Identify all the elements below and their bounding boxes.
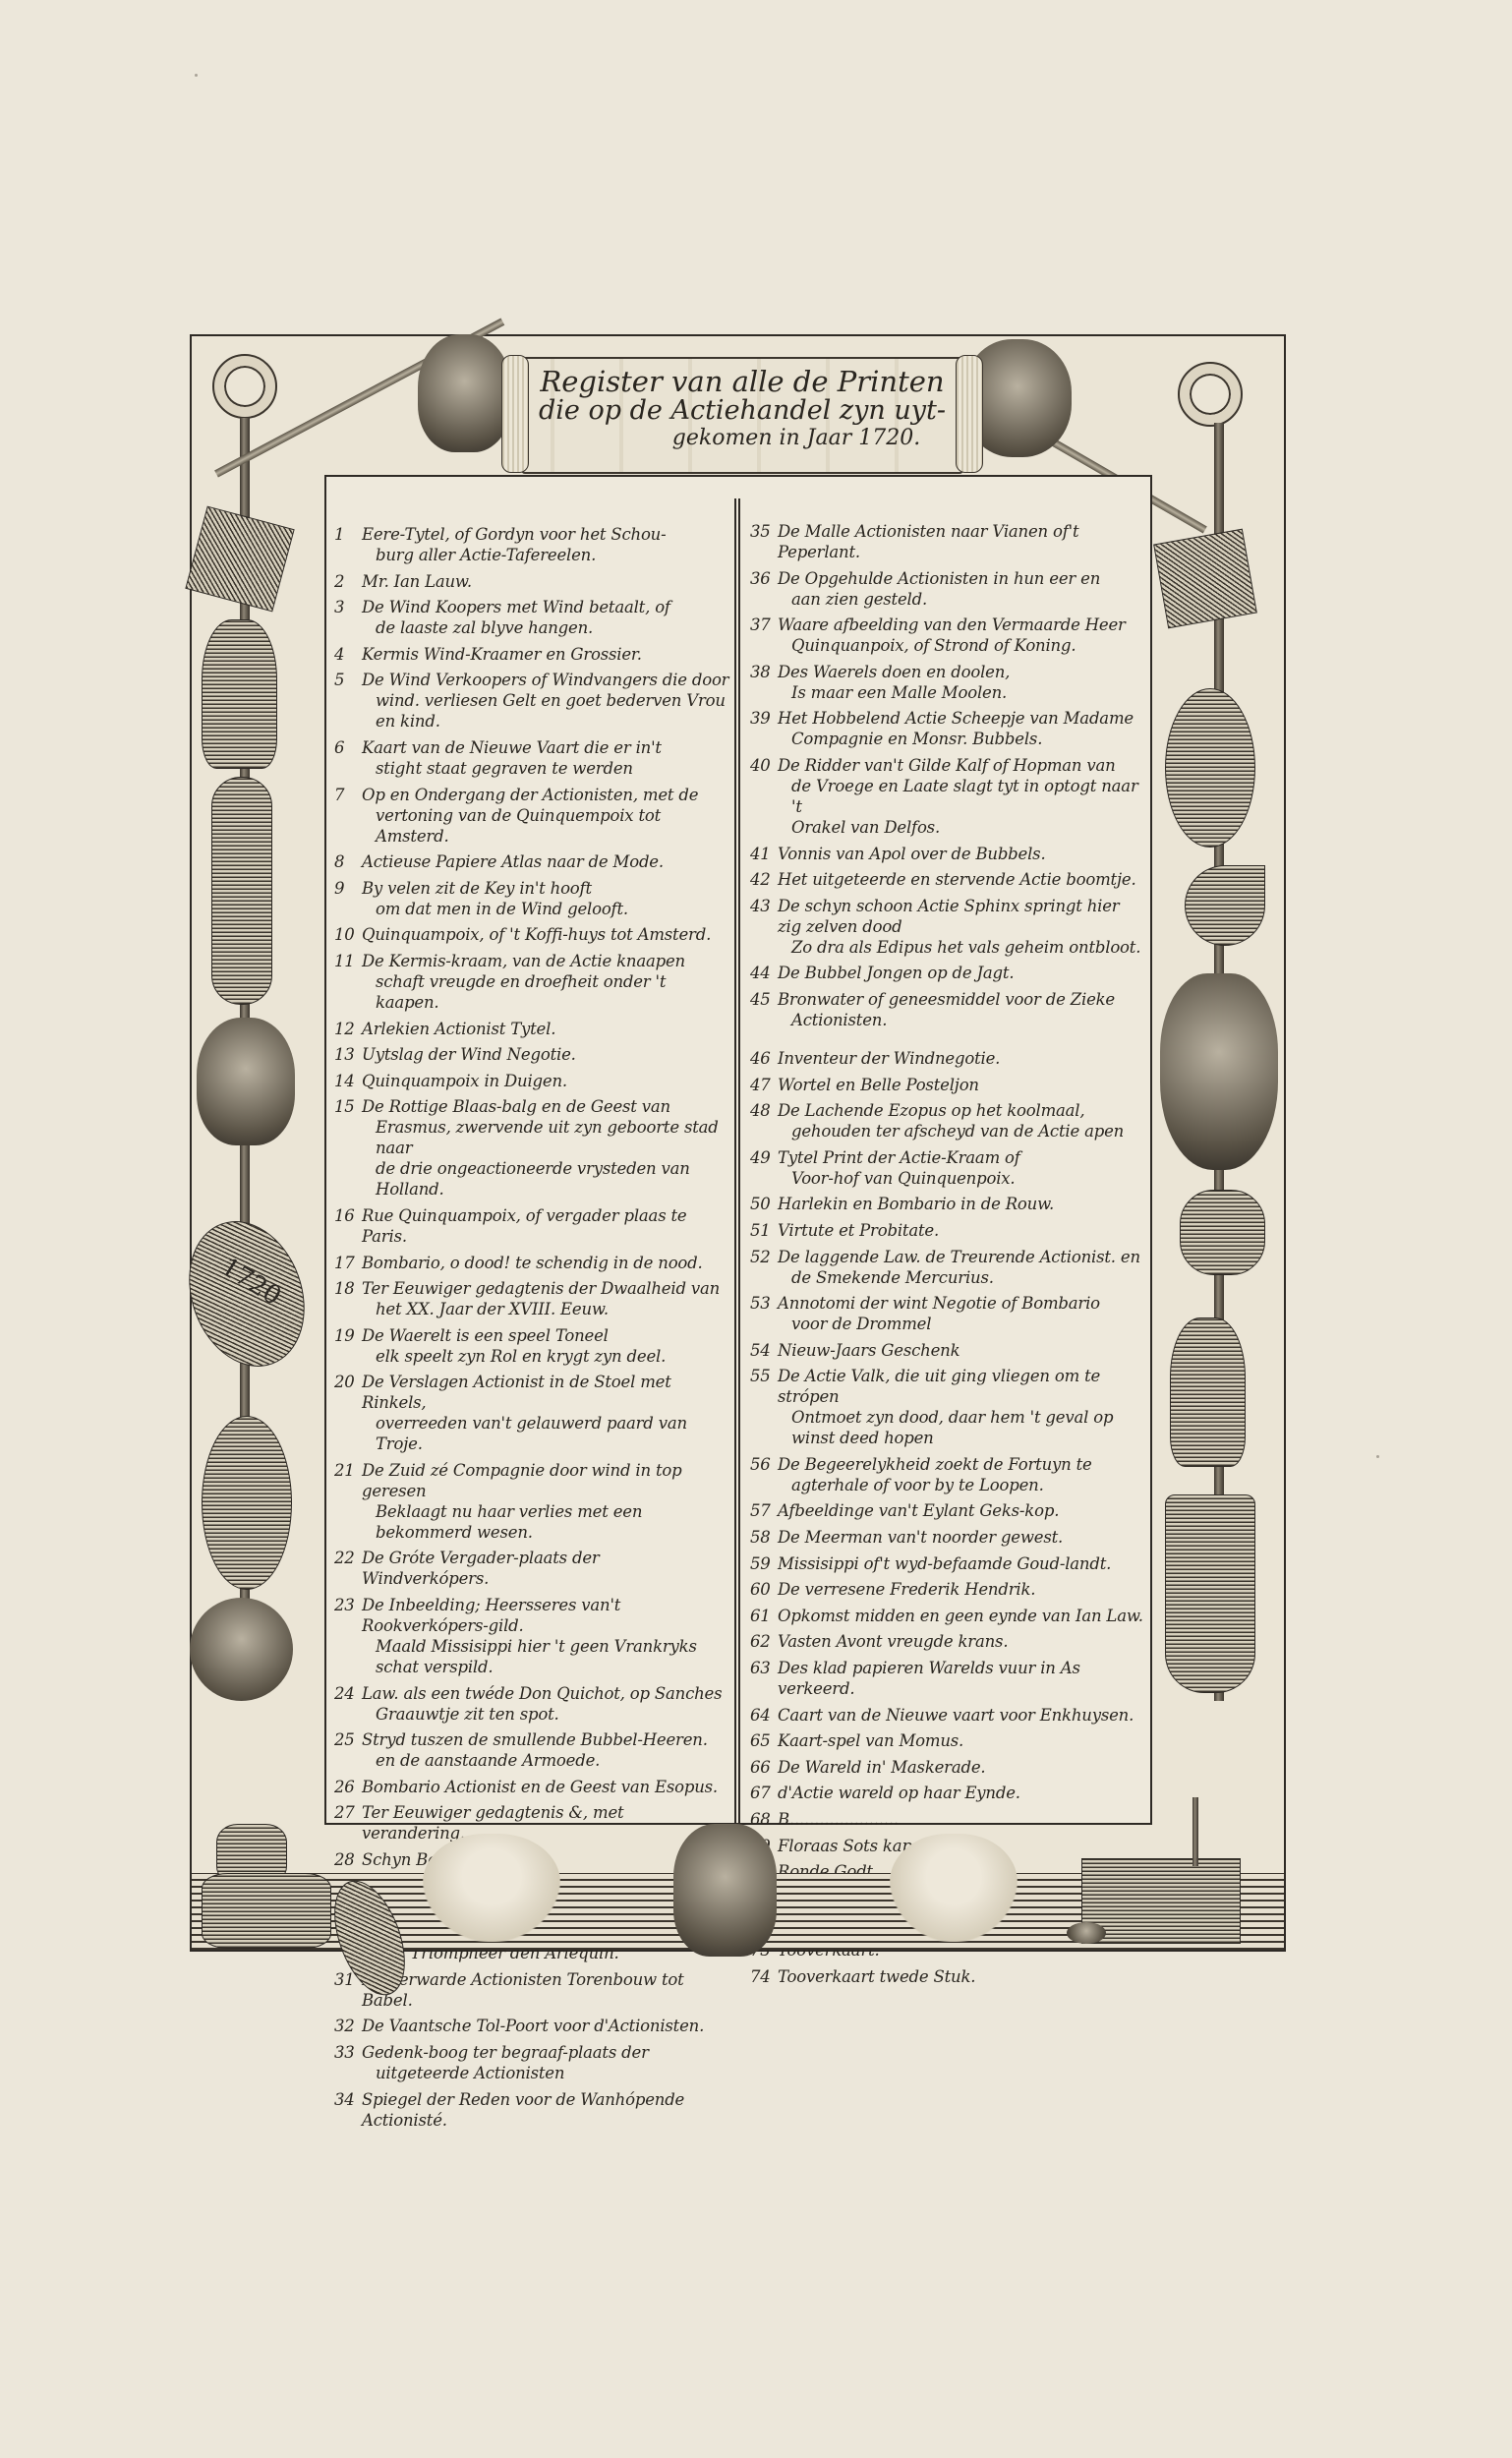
register-entry: 7Op en Ondergang der Actionisten, met de… xyxy=(334,785,734,847)
entry-number: 32 xyxy=(334,2016,362,2036)
entry-text: Opkomst midden en geen eynde van Ian Law… xyxy=(778,1606,1150,1626)
register-entry: 63Des klad papieren Warelds vuur in As v… xyxy=(750,1658,1150,1699)
entry-line-1: Het uitgeteerde en stervende Actie boomt… xyxy=(778,870,1136,889)
entry-line-1: De schyn schoon Actie Sphinx springt hie… xyxy=(778,897,1119,936)
entry-line-1: Bronwater of geneesmiddel voor de Zieke xyxy=(778,990,1115,1009)
entry-text: Stryd tuszen de smullende Bubbel-Heeren.… xyxy=(362,1729,734,1771)
entry-text: Op en Ondergang der Actionisten, met dev… xyxy=(362,785,734,847)
title-line-3: gekomen in Jaar 1720. xyxy=(521,426,963,451)
register-entry: 20De Verslagen Actionist in de Stoel met… xyxy=(334,1372,734,1454)
entry-line-1: Uytslag der Wind Negotie. xyxy=(362,1045,576,1064)
entry-text: Spiegel der Reden voor de Wanhópende Act… xyxy=(362,2089,734,2131)
entry-line-1: De Waerelt is een speel Toneel xyxy=(362,1326,609,1345)
entry-number: 67 xyxy=(750,1783,778,1803)
entry-text: De Wind Verkoopers of Windvangers die do… xyxy=(362,670,734,732)
entry-line-1: Afbeeldinge van't Eylant Geks-kop. xyxy=(778,1501,1059,1520)
entry-number: 7 xyxy=(334,785,362,847)
entry-text: Gedenk-boog ter begraaf-plaats deruitget… xyxy=(362,2042,734,2083)
entry-text: Bronwater of geneesmiddel voor de ZiekeA… xyxy=(778,989,1150,1030)
register-entry: 3De Wind Koopers met Wind betaalt, ofde … xyxy=(334,597,734,638)
entry-number: 34 xyxy=(334,2089,362,2131)
entry-number: 2 xyxy=(334,571,362,592)
register-entry: 42Het uitgeteerde en stervende Actie boo… xyxy=(750,869,1150,890)
entry-text: Uytslag der Wind Negotie. xyxy=(362,1044,734,1065)
entry-number: 60 xyxy=(750,1579,778,1600)
entry-text: Bombario, o dood! te schendig in de nood… xyxy=(362,1253,734,1273)
entry-number: 59 xyxy=(750,1553,778,1574)
entry-number: 74 xyxy=(750,1966,778,1987)
entry-line-1: Arlekien Actionist Tytel. xyxy=(362,1020,555,1038)
entry-text: Eere-Tytel, of Gordyn voor het Schou-bur… xyxy=(362,524,734,565)
entry-text: Arlekien Actionist Tytel. xyxy=(362,1019,734,1039)
register-panel: 1Eere-Tytel, of Gordyn voor het Schou-bu… xyxy=(324,475,1152,1825)
entry-number: 28 xyxy=(334,1849,362,1870)
entry-line-1: Missisippi of't wyd-befaamde Goud-landt. xyxy=(778,1554,1111,1573)
entry-number: 46 xyxy=(750,1048,778,1069)
entry-text: B...................... xyxy=(778,1809,1150,1830)
entry-number: 58 xyxy=(750,1527,778,1548)
register-entry: 11De Kermis-kraam, van de Actie knaapens… xyxy=(334,951,734,1013)
entry-line-1: Quinquampoix, of 't Koffi-huys tot Amste… xyxy=(362,925,711,944)
register-entry: 10Quinquampoix, of 't Koffi-huys tot Ams… xyxy=(334,924,734,945)
entry-line-1: De Opgehulde Actionisten in hun eer en xyxy=(778,569,1100,588)
entry-number: 19 xyxy=(334,1325,362,1367)
register-entry: 23De Inbeelding; Heersseres van't Rookve… xyxy=(334,1595,734,1677)
entry-line-1: Eere-Tytel, of Gordyn voor het Schou- xyxy=(362,525,666,544)
entry-number: 24 xyxy=(334,1683,362,1725)
register-entry: 5De Wind Verkoopers of Windvangers die d… xyxy=(334,670,734,732)
register-entry: 2Mr. Ian Lauw. xyxy=(334,571,734,592)
entry-line-1: De Wind Verkoopers of Windvangers die do… xyxy=(362,671,728,689)
entry-line-2: elk speelt zyn Rol en krygt zyn deel. xyxy=(362,1346,730,1367)
entry-line-2: agterhale of voor by te Loopen. xyxy=(778,1475,1146,1495)
entry-line-1: Kaart-spel van Momus. xyxy=(778,1731,963,1750)
entry-line-1: De Bubbel Jongen op de Jagt. xyxy=(778,964,1014,982)
entry-number: 21 xyxy=(334,1460,362,1543)
register-entry: 27Ter Eeuwiger gedagtenis &, met verande… xyxy=(334,1802,734,1843)
entry-line-2: stight staat gegraven te werden xyxy=(362,758,730,779)
entry-text: Nieuw-Jaars Geschenk xyxy=(778,1340,1150,1361)
blowing-head-icon xyxy=(673,1824,777,1957)
entry-number: 17 xyxy=(334,1253,362,1273)
register-entry: 15De Rottige Blaas-balg en de Geest vanE… xyxy=(334,1096,734,1200)
entry-line-1: De Wareld in' Maskerade. xyxy=(778,1758,985,1777)
register-entry: 54Nieuw-Jaars Geschenk xyxy=(750,1340,1150,1361)
register-entry: 58De Meerman van't noorder gewest. xyxy=(750,1527,1150,1548)
register-left-column: 1Eere-Tytel, of Gordyn voor het Schou-bu… xyxy=(326,477,734,1823)
entry-line-1: Kermis Wind-Kraamer en Grossier. xyxy=(362,645,642,664)
register-entry: 65Kaart-spel van Momus. xyxy=(750,1730,1150,1751)
entry-number: 64 xyxy=(750,1705,778,1726)
entry-line-2: Graauwtje zit ten spot. xyxy=(362,1704,730,1725)
entry-text: De Begeerelykheid zoekt de Fortuyn teagt… xyxy=(778,1454,1150,1495)
entry-number: 22 xyxy=(334,1548,362,1589)
entry-line-2: wind. verliesen Gelt en goet bederven Vr… xyxy=(362,690,730,732)
entry-number: 65 xyxy=(750,1730,778,1751)
register-entry: 21De Zuid zé Compagnie door wind in top … xyxy=(334,1460,734,1543)
entry-line-1: De Verslagen Actionist in de Stoel met R… xyxy=(362,1373,671,1412)
entry-number: 5 xyxy=(334,670,362,732)
entry-line-1: Law. als een twéde Don Quichot, op Sanch… xyxy=(362,1684,722,1703)
register-entry: 18Ter Eeuwiger gedagtenis der Dwaalheid … xyxy=(334,1278,734,1319)
gourd-icon xyxy=(1165,688,1255,848)
entry-number: 3 xyxy=(334,597,362,638)
register-entry: 56De Begeerelykheid zoekt de Fortuyn tea… xyxy=(750,1454,1150,1495)
entry-number: 48 xyxy=(750,1100,778,1141)
entry-line-2: vertoning van de Quinquempoix tot Amster… xyxy=(362,805,730,847)
entry-text: De Verwarde Actionisten Torenbouw tot Ba… xyxy=(362,1969,734,2011)
entry-line-1: Tytel Print der Actie-Kraam of xyxy=(778,1148,1020,1167)
register-entry: 62Vasten Avont vreugde krans. xyxy=(750,1631,1150,1652)
register-entry: 68B...................... xyxy=(750,1809,1150,1830)
entry-text: De Gróte Vergader-plaats der Windverkópe… xyxy=(362,1548,734,1589)
entry-text: d'Actie wareld op haar Eynde. xyxy=(778,1783,1150,1803)
entry-line-2: schaft vreugde en droefheit onder 't kaa… xyxy=(362,971,730,1013)
entry-line-1: Tooverkaart twede Stuk. xyxy=(778,1967,975,1986)
entry-text: Harlekin en Bombario in de Rouw. xyxy=(778,1194,1150,1214)
entry-line-1: De Actie Valk, die uit ging vliegen om t… xyxy=(778,1367,1100,1406)
entry-text: Inventeur der Windnegotie. xyxy=(778,1048,1150,1069)
entry-line-2: Beklaagt nu haar verlies met een bekomme… xyxy=(362,1501,730,1543)
entry-number: 36 xyxy=(750,568,778,610)
register-entry: 38Des Waerels doen en doolen,Is maar een… xyxy=(750,662,1150,703)
entry-text: De Opgehulde Actionisten in hun eer enaa… xyxy=(778,568,1150,610)
entry-text: De Malle Actionisten naar Vianen of't Pe… xyxy=(778,521,1150,562)
owl-icon xyxy=(418,334,511,452)
entry-line-2: Ontmoet zyn dood, daar hem 't geval op w… xyxy=(778,1407,1146,1448)
entry-number: 42 xyxy=(750,869,778,890)
entry-number: 45 xyxy=(750,989,778,1030)
register-entry: 1Eere-Tytel, of Gordyn voor het Schou-bu… xyxy=(334,524,734,565)
entry-line-1: De Malle Actionisten naar Vianen of't Pe… xyxy=(778,522,1078,561)
register-entry: 36De Opgehulde Actionisten in hun eer en… xyxy=(750,568,1150,610)
entry-text: Waare afbeelding van den Vermaarde HeerQ… xyxy=(778,614,1150,656)
entry-text: Law. als een twéde Don Quichot, op Sanch… xyxy=(362,1683,734,1725)
entry-number: 44 xyxy=(750,963,778,983)
entry-line-1: Bombario, o dood! te schendig in de nood… xyxy=(362,1254,703,1272)
rat-icon xyxy=(1067,1922,1106,1944)
register-entry: 60De verresene Frederik Hendrik. xyxy=(750,1579,1150,1600)
entry-number: 39 xyxy=(750,708,778,749)
entry-text: Des Waerels doen en doolen,Is maar een M… xyxy=(778,662,1150,703)
title-line-2: die op de Actiehandel zyn uyt- xyxy=(521,396,963,426)
entry-line-1: De Meerman van't noorder gewest. xyxy=(778,1528,1063,1547)
entry-number: 57 xyxy=(750,1500,778,1521)
register-entry: 19De Waerelt is een speel Toneelelk spee… xyxy=(334,1325,734,1367)
smoke-cloud-icon xyxy=(423,1834,560,1942)
register-entry: 25Stryd tuszen de smullende Bubbel-Heere… xyxy=(334,1729,734,1771)
entry-line-1: Virtute et Probitate. xyxy=(778,1221,939,1240)
entry-number: 68 xyxy=(750,1809,778,1830)
entry-line-1: Waare afbeelding van den Vermaarde Heer xyxy=(778,615,1126,634)
entry-number: 52 xyxy=(750,1247,778,1288)
entry-text: De Actie Valk, die uit ging vliegen om t… xyxy=(778,1366,1150,1448)
entry-line-2: uitgeteerde Actionisten xyxy=(362,2063,730,2083)
entry-number: 53 xyxy=(750,1293,778,1334)
entry-number: 15 xyxy=(334,1096,362,1200)
entry-text: De Ridder van't Gilde Kalf of Hopman van… xyxy=(778,755,1150,838)
entry-line-1: De Zuid zé Compagnie door wind in top ge… xyxy=(362,1461,681,1500)
entry-text: De schyn schoon Actie Sphinx springt hie… xyxy=(778,896,1150,958)
register-entry: 34Spiegel der Reden voor de Wanhópende A… xyxy=(334,2089,734,2131)
register-entry: 59Missisippi of't wyd-befaamde Goud-land… xyxy=(750,1553,1150,1574)
entry-line-1: De Kermis-kraam, van de Actie knaapen xyxy=(362,952,685,970)
entry-line-3: Orakel van Delfos. xyxy=(778,817,1146,838)
entry-line-1: Wortel en Belle Posteljon xyxy=(778,1076,979,1094)
register-entry: 9By velen zit de Key in't hooftom dat me… xyxy=(334,878,734,919)
register-entry: 50Harlekin en Bombario in de Rouw. xyxy=(750,1194,1150,1214)
entry-text: Tooverkaart twede Stuk. xyxy=(778,1966,1150,1987)
entry-number: 61 xyxy=(750,1606,778,1626)
entry-line-1: Spiegel der Reden voor de Wanhópende Act… xyxy=(362,2090,684,2130)
entry-line-1: Ter Eeuwiger gedagtenis der Dwaalheid va… xyxy=(362,1279,720,1298)
carrots-icon xyxy=(1165,1494,1255,1693)
entry-text: De Rottige Blaas-balg en de Geest vanEra… xyxy=(362,1096,734,1200)
right-ring-icon xyxy=(1180,364,1241,425)
entry-text: Ter Eeuwiger gedagtenis &, met veranderi… xyxy=(362,1802,734,1843)
register-entry: 46Inventeur der Windnegotie. xyxy=(750,1048,1150,1069)
entry-line-1: De Vaantsche Tol-Poort voor d'Actioniste… xyxy=(362,2017,704,2035)
entry-line-2: om dat men in de Wind gelooft. xyxy=(362,899,730,919)
cheese-stack-icon xyxy=(202,1873,331,1949)
entry-text: De Inbeelding; Heersseres van't Rookverk… xyxy=(362,1595,734,1677)
entry-line-2: Quinquanpoix, of Strond of Koning. xyxy=(778,635,1146,656)
entry-line-1: Bombario Actionist en de Geest van Esopu… xyxy=(362,1778,718,1796)
entry-line-1: Op en Ondergang der Actionisten, met de xyxy=(362,786,698,804)
register-entry: 61Opkomst midden en geen eynde van Ian L… xyxy=(750,1606,1150,1626)
entry-number: 12 xyxy=(334,1019,362,1039)
entry-text: Rue Quinquampoix, of vergader plaas te P… xyxy=(362,1205,734,1247)
entry-text: De Wareld in' Maskerade. xyxy=(778,1757,1150,1778)
entry-number: 43 xyxy=(750,896,778,958)
register-entry: 43De schyn schoon Actie Sphinx springt h… xyxy=(750,896,1150,958)
entry-number: 37 xyxy=(750,614,778,656)
register-entry: 41Vonnis van Apol over de Bubbels. xyxy=(750,844,1150,864)
register-entry: 16Rue Quinquampoix, of vergader plaas te… xyxy=(334,1205,734,1247)
entry-number: 47 xyxy=(750,1075,778,1095)
register-entry: 74Tooverkaart twede Stuk. xyxy=(750,1966,1150,1987)
register-entry: 39Het Hobbelend Actie Scheepje van Madam… xyxy=(750,708,1150,749)
entry-number: 20 xyxy=(334,1372,362,1454)
entry-line-3: de drie ongeactioneerde vrysteden van Ho… xyxy=(362,1158,730,1200)
title-scroll: Register van alle de Printen die op de A… xyxy=(521,357,963,474)
entry-number: 11 xyxy=(334,951,362,1013)
smoke-cloud-icon xyxy=(890,1834,1018,1942)
entry-text: Actieuse Papiere Atlas naar de Mode. xyxy=(362,851,734,872)
entry-number: 9 xyxy=(334,878,362,919)
entry-number: 13 xyxy=(334,1044,362,1065)
entry-text: By velen zit de Key in't hooftom dat men… xyxy=(362,878,734,919)
entry-number: 51 xyxy=(750,1220,778,1241)
entry-text: Vasten Avont vreugde krans. xyxy=(778,1631,1150,1652)
entry-line-2: burg aller Actie-Tafereelen. xyxy=(362,545,730,565)
entry-text: De Kermis-kraam, van de Actie knaapensch… xyxy=(362,951,734,1013)
entry-number: 8 xyxy=(334,851,362,872)
entry-line-1: De laggende Law. de Treurende Actionist.… xyxy=(778,1248,1140,1266)
register-entry: 37Waare afbeelding van den Vermaarde Hee… xyxy=(750,614,1150,656)
entry-line-1: Het Hobbelend Actie Scheepje van Madame xyxy=(778,709,1134,728)
register-entry: 48De Lachende Ezopus op het koolmaal,geh… xyxy=(750,1100,1150,1141)
entry-number: 25 xyxy=(334,1729,362,1771)
register-entry: 40De Ridder van't Gilde Kalf of Hopman v… xyxy=(750,755,1150,838)
entry-text: Missisippi of't wyd-befaamde Goud-landt. xyxy=(778,1553,1150,1574)
entry-line-1: Vonnis van Apol over de Bubbels. xyxy=(778,845,1046,863)
entry-text: Annotomi der wint Negotie of Bombariovoo… xyxy=(778,1293,1150,1334)
entry-line-1: Floraas Sots kap. xyxy=(778,1837,917,1855)
bellows-icon xyxy=(202,619,277,769)
register-entry: 52De laggende Law. de Treurende Actionis… xyxy=(750,1247,1150,1288)
entry-text: Bombario Actionist en de Geest van Esopu… xyxy=(362,1777,734,1797)
entry-line-2: Compagnie en Monsr. Bubbels. xyxy=(778,729,1146,749)
title-block: Register van alle de Printen die op de A… xyxy=(521,359,963,472)
entry-line-1: De Wind Koopers met Wind betaalt, of xyxy=(362,598,670,616)
register-entry: 22De Gróte Vergader-plaats der Windverkó… xyxy=(334,1548,734,1589)
entry-line-1: Des Waerels doen en doolen, xyxy=(778,663,1010,681)
horn-icon xyxy=(1185,865,1265,946)
cabbage-icon xyxy=(190,1598,293,1701)
register-entry: 32De Vaantsche Tol-Poort voor d'Actionis… xyxy=(334,2016,734,2036)
entry-text: De Meerman van't noorder gewest. xyxy=(778,1527,1150,1548)
entry-number: 33 xyxy=(334,2042,362,2083)
register-entry: 47Wortel en Belle Posteljon xyxy=(750,1075,1150,1095)
entry-line-2: aan zien gesteld. xyxy=(778,589,1146,610)
entry-text: De Lachende Ezopus op het koolmaal,gehou… xyxy=(778,1100,1150,1141)
entry-line-1: Vasten Avont vreugde krans. xyxy=(778,1632,1008,1651)
entry-text: Kermis Wind-Kraamer en Grossier. xyxy=(362,644,734,665)
entry-text: De Bubbel Jongen op de Jagt. xyxy=(778,963,1150,983)
paper-speck xyxy=(1376,1455,1379,1458)
entry-number: 63 xyxy=(750,1658,778,1699)
register-entry: 6Kaart van de Nieuwe Vaart die er in'tst… xyxy=(334,737,734,779)
entry-text: De Wind Koopers met Wind betaalt, ofde l… xyxy=(362,597,734,638)
entry-text: Vonnis van Apol over de Bubbels. xyxy=(778,844,1150,864)
entry-number: 38 xyxy=(750,662,778,703)
entry-line-2: de laaste zal blyve hangen. xyxy=(362,617,730,638)
entry-text: Kaart van de Nieuwe Vaart die er in'tsti… xyxy=(362,737,734,779)
entry-line-2: Maald Missisippi hier 't geen Vrankryks … xyxy=(362,1636,730,1677)
entry-line-1: De verresene Frederik Hendrik. xyxy=(778,1580,1035,1599)
entry-number: 6 xyxy=(334,737,362,779)
rat-trap-frame xyxy=(1192,1797,1198,1866)
entry-line-2: Voor-hof van Quinquenpoix. xyxy=(778,1168,1146,1189)
entry-line-2: Actionisten. xyxy=(778,1010,1146,1030)
entry-line-2: het XX. Jaar der XVIII. Eeuw. xyxy=(362,1299,730,1319)
entry-line-1: Actieuse Papiere Atlas naar de Mode. xyxy=(362,852,664,871)
entry-number: 56 xyxy=(750,1454,778,1495)
entry-line-2: Is maar een Malle Moolen. xyxy=(778,682,1146,703)
entry-line-1: Caart van de Nieuwe vaart voor Enkhuysen… xyxy=(778,1706,1134,1725)
register-entry: 49Tytel Print der Actie-Kraam ofVoor-hof… xyxy=(750,1147,1150,1189)
entry-line-2: Zo dra als Edipus het vals geheim ontblo… xyxy=(778,937,1146,958)
entry-line-1: Kaart van de Nieuwe Vaart die er in't xyxy=(362,738,662,757)
entry-line-2: Erasmus, zwervende uit zyn geboorte stad… xyxy=(362,1117,730,1158)
entry-number: 10 xyxy=(334,924,362,945)
entry-text: Des klad papieren Warelds vuur in As ver… xyxy=(778,1658,1150,1699)
entry-number: 40 xyxy=(750,755,778,838)
entry-number: 27 xyxy=(334,1802,362,1843)
entry-line-1: B...................... xyxy=(778,1810,899,1829)
entry-number: 14 xyxy=(334,1071,362,1091)
register-entry: 13Uytslag der Wind Negotie. xyxy=(334,1044,734,1065)
entry-text: Tytel Print der Actie-Kraam ofVoor-hof v… xyxy=(778,1147,1150,1189)
entry-number: 26 xyxy=(334,1777,362,1797)
entry-line-1: De Inbeelding; Heersseres van't Rookverk… xyxy=(362,1596,620,1635)
entry-number: 55 xyxy=(750,1366,778,1448)
entry-line-1: Nieuw-Jaars Geschenk xyxy=(778,1341,960,1360)
entry-line-1: Des klad papieren Warelds vuur in As ver… xyxy=(778,1659,1080,1698)
entry-number: 1 xyxy=(334,524,362,565)
entry-text: De laggende Law. de Treurende Actionist.… xyxy=(778,1247,1150,1288)
entry-line-1: De Ridder van't Gilde Kalf of Hopman van xyxy=(778,756,1116,775)
register-entry: 26Bombario Actionist en de Geest van Eso… xyxy=(334,1777,734,1797)
share-box-icon xyxy=(1153,529,1257,629)
boar-head-icon xyxy=(1160,973,1278,1170)
hanging-fish-icon xyxy=(211,777,272,1005)
register-entry: 17Bombario, o dood! te schendig in de no… xyxy=(334,1253,734,1273)
entry-line-1: De Verwarde Actionisten Torenbouw tot Ba… xyxy=(362,1970,684,2010)
entry-number: 4 xyxy=(334,644,362,665)
entry-text: Quinquampoix, of 't Koffi-huys tot Amste… xyxy=(362,924,734,945)
entry-line-1: De Lachende Ezopus op het koolmaal, xyxy=(778,1101,1084,1120)
entry-line-1: Opkomst midden en geen eynde van Ian Law… xyxy=(778,1607,1143,1625)
register-entry: 14Quinquampoix in Duigen. xyxy=(334,1071,734,1091)
entry-text: De Waerelt is een speel Toneelelk speelt… xyxy=(362,1325,734,1367)
entry-text: Ter Eeuwiger gedagtenis der Dwaalheid va… xyxy=(362,1278,734,1319)
left-ring-icon xyxy=(214,356,275,417)
entry-line-2: gehouden ter afscheyd van de Actie apen xyxy=(778,1121,1146,1141)
entry-line-1: d'Actie wareld op haar Eynde. xyxy=(778,1784,1020,1802)
entry-text: Quinquampoix in Duigen. xyxy=(362,1071,734,1091)
entry-number: 66 xyxy=(750,1757,778,1778)
register-entry: 12Arlekien Actionist Tytel. xyxy=(334,1019,734,1039)
entry-line-2: voor de Drommel xyxy=(778,1314,1146,1334)
register-entry: 67d'Actie wareld op haar Eynde. xyxy=(750,1783,1150,1803)
entry-text: Het Hobbelend Actie Scheepje van MadameC… xyxy=(778,708,1150,749)
entry-number: 23 xyxy=(334,1595,362,1677)
entry-line-1: Gedenk-boog ter begraaf-plaats der xyxy=(362,2043,649,2062)
entry-line-2: de Smekende Mercurius. xyxy=(778,1267,1146,1288)
entry-text: Virtute et Probitate. xyxy=(778,1220,1150,1241)
entry-number: 49 xyxy=(750,1147,778,1189)
entry-line-2: de Vroege en Laate slagt tyt in optogt n… xyxy=(778,776,1146,817)
entry-number: 35 xyxy=(750,521,778,562)
entry-number: 62 xyxy=(750,1631,778,1652)
entry-number: 50 xyxy=(750,1194,778,1214)
entry-line-1: By velen zit de Key in't hooft xyxy=(362,879,592,898)
entry-number: 16 xyxy=(334,1205,362,1247)
entry-line-2: en de aanstaande Armoede. xyxy=(362,1750,730,1771)
register-entry: 64Caart van de Nieuwe vaart voor Enkhuys… xyxy=(750,1705,1150,1726)
bellows-icon xyxy=(1170,1317,1246,1467)
entry-line-1: Mr. Ian Lauw. xyxy=(362,572,472,591)
entry-line-2: overreeden van't gelauwerd paard van Tro… xyxy=(362,1413,730,1454)
entry-text: Caart van de Nieuwe vaart voor Enkhuysen… xyxy=(778,1705,1150,1726)
register-entry: 33Gedenk-boog ter begraaf-plaats deruitg… xyxy=(334,2042,734,2083)
entry-text: De Zuid zé Compagnie door wind in top ge… xyxy=(362,1460,734,1543)
watering-can-icon xyxy=(1180,1190,1265,1275)
entry-line-1: De Begeerelykheid zoekt de Fortuyn te xyxy=(778,1455,1092,1474)
register-entry: 51Virtute et Probitate. xyxy=(750,1220,1150,1241)
entry-line-1: Annotomi der wint Negotie of Bombario xyxy=(778,1294,1100,1313)
gourd-icon xyxy=(202,1416,292,1590)
register-entry: 35De Malle Actionisten naar Vianen of't … xyxy=(750,521,1150,562)
entry-text: Wortel en Belle Posteljon xyxy=(778,1075,1150,1095)
title-line-1: Register van alle de Printen xyxy=(521,367,963,396)
entry-text: Het uitgeteerde en stervende Actie boomt… xyxy=(778,869,1150,890)
entry-line-1: De Rottige Blaas-balg en de Geest van xyxy=(362,1097,670,1116)
register-entry: 24Law. als een twéde Don Quichot, op San… xyxy=(334,1683,734,1725)
entry-text: Mr. Ian Lauw. xyxy=(362,571,734,592)
